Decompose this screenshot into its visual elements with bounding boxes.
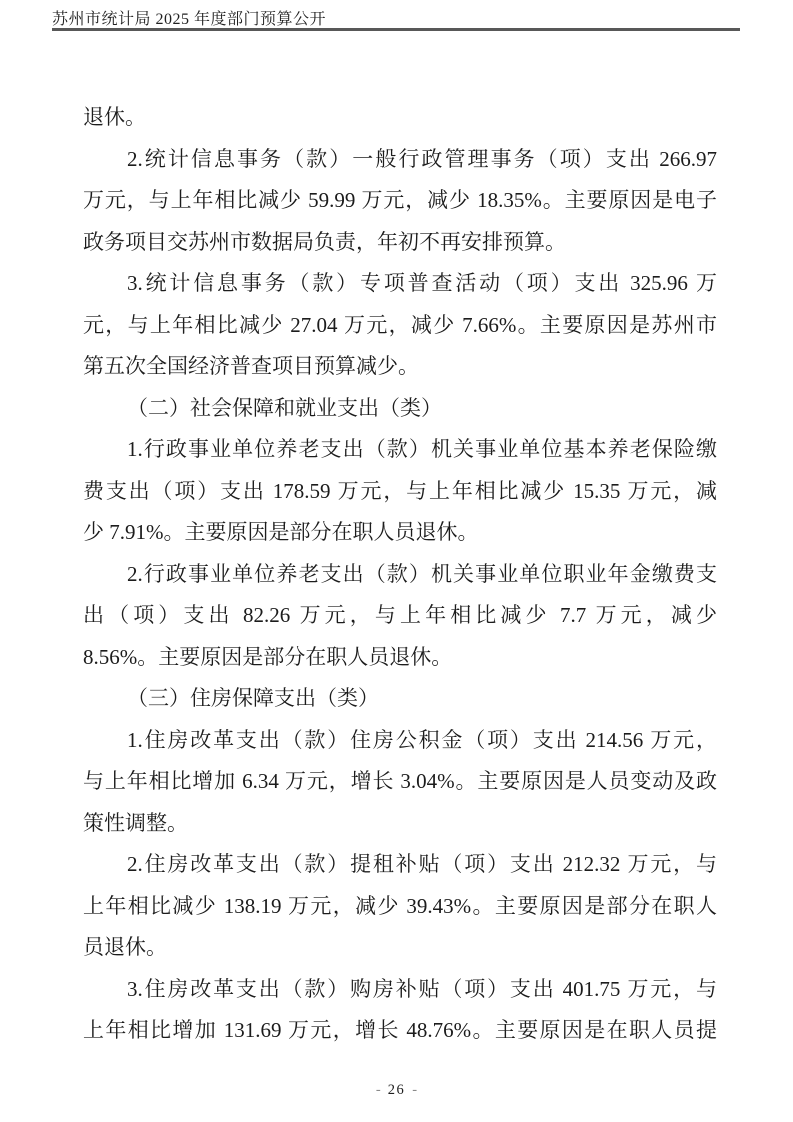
text-line: 上年相比减少 138.19 万元，减少 39.43%。主要原因是部分在职人 [83,886,717,928]
text-line: 少 7.91%。主要原因是部分在职人员退休。 [83,512,717,554]
text-line: 策性调整。 [83,803,717,845]
para-pension-occupational-annuity: 2.行政事业单位养老支出（款）机关事业单位职业年金缴费支 出（项）支出 82.2… [83,554,717,679]
text-line: 费支出（项）支出 178.59 万元，与上年相比减少 15.35 万元，减 [83,471,717,513]
page-header: 苏州市统计局 2025 年度部门预算公开 [52,11,740,31]
heading-housing-security: （三）住房保障支出（类） [83,678,717,720]
page-footer: -26- [0,1081,793,1099]
text-line: 退休。 [83,97,717,139]
text-line: 出（项）支出 82.26 万元，与上年相比减少 7.7 万元，减少 [83,595,717,637]
para-rent-subsidy: 2.住房改革支出（款）提租补贴（项）支出 212.32 万元，与 上年相比减少 … [83,844,717,969]
para-housing-provident-fund: 1.住房改革支出（款）住房公积金（项）支出 214.56 万元， 与上年相比增加… [83,720,717,845]
text-line: 元，与上年相比减少 27.04 万元，减少 7.66%。主要原因是苏州市 [83,305,717,347]
text-line: 万元，与上年相比减少 59.99 万元，减少 18.35%。主要原因是电子 [83,180,717,222]
heading-social-security-employment: （二）社会保障和就业支出（类） [83,388,717,430]
footer-dash-right: - [412,1082,417,1098]
text-line: 2.行政事业单位养老支出（款）机关事业单位职业年金缴费支 [83,554,717,596]
page-number: 26 [388,1082,406,1098]
text-line: 1.住房改革支出（款）住房公积金（项）支出 214.56 万元， [83,720,717,762]
text-line: 3.统计信息事务（款）专项普查活动（项）支出 325.96 万 [83,263,717,305]
text-line: 1.行政事业单位养老支出（款）机关事业单位基本养老保险缴 [83,429,717,471]
footer-dash-left: - [376,1082,381,1098]
header-rule [52,28,740,31]
document-body: 退休。 2.统计信息事务（款）一般行政管理事务（项）支出 266.97 万元，与… [83,97,717,1052]
text-line: 与上年相比增加 6.34 万元，增长 3.04%。主要原因是人员变动及政 [83,761,717,803]
section-heading: （二）社会保障和就业支出（类） [83,388,717,430]
text-line: 2.住房改革支出（款）提租补贴（项）支出 212.32 万元，与 [83,844,717,886]
text-line: 上年相比增加 131.69 万元，增长 48.76%。主要原因是在职人员提 [83,1010,717,1052]
text-line: 政务项目交苏州市数据局负责，年初不再安排预算。 [83,222,717,264]
para-statistics-info-general-admin: 2.统计信息事务（款）一般行政管理事务（项）支出 266.97 万元，与上年相比… [83,139,717,264]
header-title: 苏州市统计局 2025 年度部门预算公开 [52,11,740,28]
text-line: 2.统计信息事务（款）一般行政管理事务（项）支出 266.97 [83,139,717,181]
text-line: 员退休。 [83,927,717,969]
para-pension-basic-insurance: 1.行政事业单位养老支出（款）机关事业单位基本养老保险缴 费支出（项）支出 17… [83,429,717,554]
document-page: 苏州市统计局 2025 年度部门预算公开 退休。 2.统计信息事务（款）一般行政… [0,0,793,1122]
text-line: 8.56%。主要原因是部分在职人员退休。 [83,637,717,679]
text-line: 第五次全国经济普查项目预算减少。 [83,346,717,388]
text-line: 3.住房改革支出（款）购房补贴（项）支出 401.75 万元，与 [83,969,717,1011]
section-heading: （三）住房保障支出（类） [83,678,717,720]
para-housing-purchase-subsidy: 3.住房改革支出（款）购房补贴（项）支出 401.75 万元，与 上年相比增加 … [83,969,717,1052]
para-continuation-retirement: 退休。 [83,97,717,139]
para-statistics-info-special-census: 3.统计信息事务（款）专项普查活动（项）支出 325.96 万 元，与上年相比减… [83,263,717,388]
